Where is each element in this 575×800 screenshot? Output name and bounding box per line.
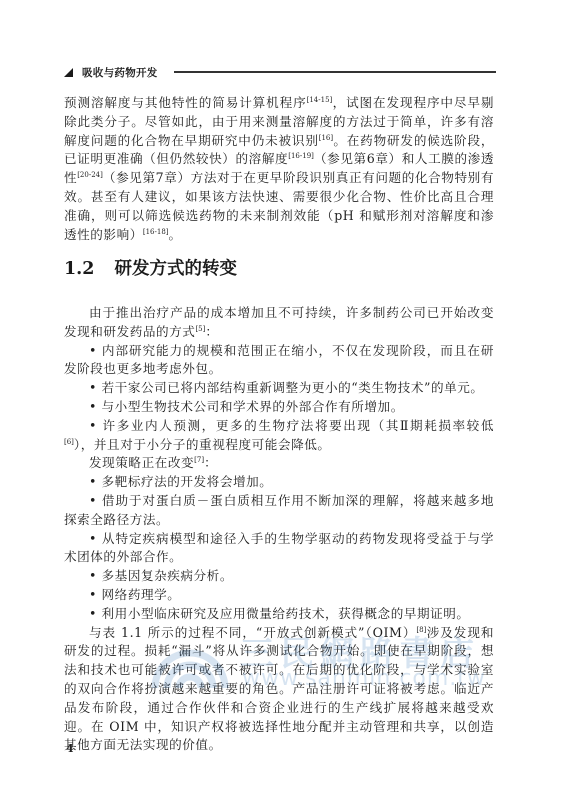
text: （参见第7章）方法对于在更早阶段识别真正有问题的化合物特别有效。甚至有人建议，如… <box>64 170 494 241</box>
bullet-item: • 多基因复杂疾病分析。 <box>64 567 494 586</box>
citation: [7] <box>194 456 204 464</box>
bullet-item: • 内部研究能力的规模和范围正在缩小，不仅在发现阶段，而且在研发阶段也更多地考虑… <box>64 342 494 380</box>
text: 与表 1.1 所示的过程不同，“开放式创新模式”（OIM） <box>89 625 416 640</box>
paragraph: 预测溶解度与其他特性的简易计算机程序[14-15]，试图在发现程序中尽早剔除此类… <box>64 94 494 244</box>
text: 。 <box>169 227 182 242</box>
bullet-item: • 网络药理学。 <box>64 586 494 605</box>
citation: [5] <box>195 325 205 333</box>
header-rule <box>174 71 496 72</box>
text: 发现策略正在改变 <box>89 455 194 470</box>
text: 预测溶解度与其他特性的简易计算机程序 <box>64 95 307 110</box>
citation: [16] <box>319 134 333 142</box>
section-title: 研发方式的转变 <box>114 259 237 279</box>
citation: [8] <box>416 626 426 634</box>
triangle-marker-icon <box>64 68 73 77</box>
text: 由于推出治疗产品的成本增加且不可持续，许多制药公司已开始改变发现和研发药品的方式 <box>64 305 494 339</box>
paragraph: 发现策略正在改变[7]： <box>64 454 494 473</box>
running-header: 吸收与药物开发 <box>64 64 496 80</box>
citation: [16-19] <box>288 152 314 160</box>
citation: [6] <box>64 438 74 446</box>
bullet-item: • 从特定疾病模型和途径入手的生物学驱动的药物发现将受益于与学术团体的外部合作。 <box>64 530 494 568</box>
text: 涉及发现和研发的过程。损耗“漏斗”将从许多测试化合物开始。即使在早期阶段，想法和… <box>64 625 494 753</box>
section-heading: 1.2研发方式的转变 <box>64 255 237 280</box>
citation: [16-18] <box>143 228 169 236</box>
paragraph: 与表 1.1 所示的过程不同，“开放式创新模式”（OIM）[8]涉及发现和研发的… <box>64 624 494 756</box>
bullet-item: • 借助于对蛋白质－蛋白质相互作用不断加深的理解，将越来越多地探索全路径方法。 <box>64 492 494 530</box>
intro-paragraph: 预测溶解度与其他特性的简易计算机程序[14-15]，试图在发现程序中尽早剔除此类… <box>64 94 494 244</box>
running-header-title: 吸收与药物开发 <box>82 65 158 80</box>
bullet-item: • 与小型生物技术公司和学术界的外部合作有所增加。 <box>64 398 494 417</box>
page-number: 4 <box>66 742 74 755</box>
text: • 许多业内人预测，更多的生物疗法将要出现（其Ⅱ期耗损率较低 <box>89 418 494 433</box>
section-number: 1.2 <box>64 259 94 279</box>
bullet-item: • 利用小型临床研究及应用微量给药技术，获得概念的早期证明。 <box>64 605 494 624</box>
book-page: 吸收与药物开发 预测溶解度与其他特性的简易计算机程序[14-15]，试图在发现程… <box>0 0 575 800</box>
text: ： <box>204 455 217 470</box>
bullet-item: • 若干家公司已将内部结构重新调整为更小的“类生物技术”的单元。 <box>64 379 494 398</box>
citation: [20-24] <box>77 171 103 179</box>
section-body: 由于推出治疗产品的成本增加且不可持续，许多制药公司已开始改变发现和研发药品的方式… <box>64 304 494 755</box>
citation: [14-15] <box>307 96 333 104</box>
bullet-item: • 许多业内人预测，更多的生物疗法将要出现（其Ⅱ期耗损率较低[6]），并且对于小… <box>64 417 494 455</box>
bullet-item: • 多靶标疗法的开发将会增加。 <box>64 473 494 492</box>
text: ： <box>205 324 218 339</box>
paragraph: 由于推出治疗产品的成本增加且不可持续，许多制药公司已开始改变发现和研发药品的方式… <box>64 304 494 342</box>
text: ），并且对于小分子的重视程度可能会降低。 <box>74 437 331 452</box>
